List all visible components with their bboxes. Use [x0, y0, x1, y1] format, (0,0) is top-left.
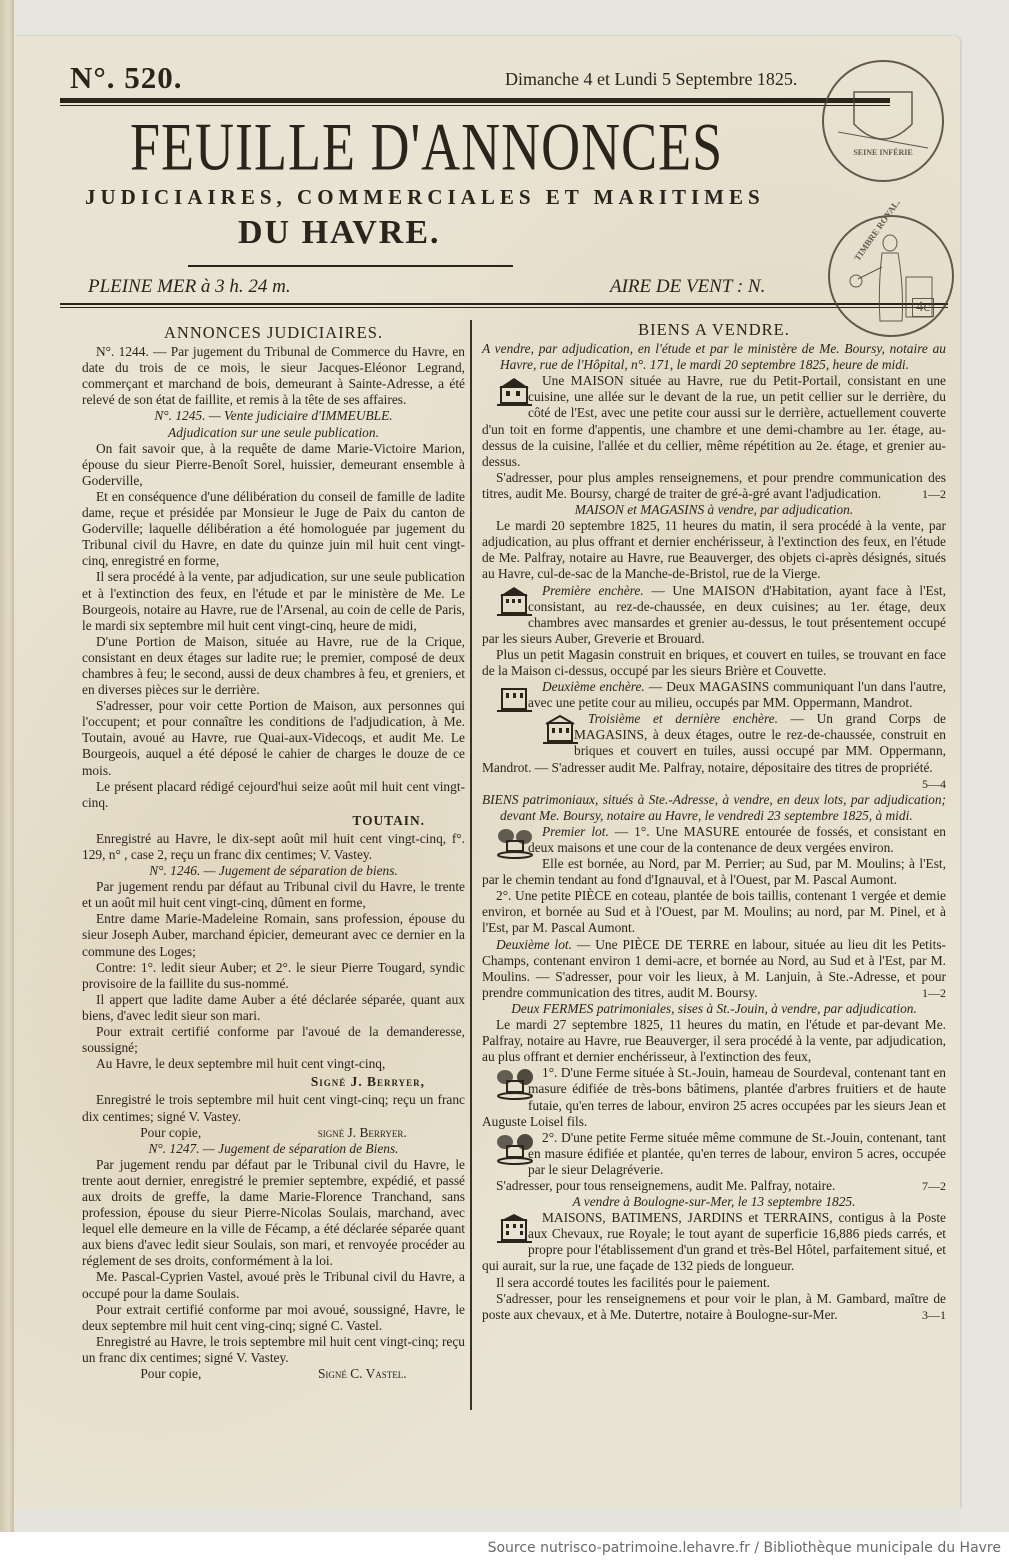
- masthead-rule-thin: [60, 105, 890, 106]
- farm-icon: [482, 826, 520, 860]
- notice-signature: TOUTAIN.: [82, 813, 465, 829]
- section-heading: BIENS A VENDRE.: [482, 322, 946, 338]
- notice-registration: Enregistré au Havre, le dix-sept août mi…: [82, 831, 465, 863]
- wind-info: AIRE DE VENT : N.: [610, 276, 765, 298]
- listing-intro: A vendre, par adjudication, en l'étude e…: [482, 341, 946, 373]
- notice-paragraph: Pour extrait certifié conforme par moi a…: [82, 1302, 465, 1334]
- listing-insertion-count: 1—2: [908, 486, 946, 502]
- listing-paragraph: Une MAISON située au Havre, rue du Petit…: [482, 373, 946, 470]
- house-icon: [482, 585, 520, 619]
- house-icon: [482, 375, 520, 409]
- royal-stamp-icon: TIMBRE ROYAL. 4c: [828, 215, 954, 337]
- notice-paragraph: Par jugement rendu par défaut au Tribuna…: [82, 879, 465, 911]
- listing-boulogne: A vendre à Boulogne-sur-Mer, le 13 septe…: [482, 1194, 946, 1323]
- notice-title: N°. 1245. — Vente judiciaire d'IMMEUBLE.: [82, 408, 465, 424]
- listing-insertion-count: 1—2: [908, 985, 946, 1001]
- notice-paragraph: Il appert que ladite dame Auber a été dé…: [82, 992, 465, 1024]
- notice-paragraph: Entre dame Marie-Madeleine Romain, sans …: [82, 911, 465, 959]
- warehouse-icon: [482, 681, 520, 715]
- notice-paragraph: Par jugement rendu par défaut par le Tri…: [82, 1157, 465, 1270]
- header-rule-thin: [60, 307, 948, 308]
- listing-lot: 2°. Une petite PIÈCE en coteau, plantée …: [482, 888, 946, 936]
- title-rule: [188, 265, 513, 267]
- listing-paragraph: S'adresser, pour plus amples renseigneme…: [482, 470, 946, 502]
- copy-line: Pour copie, Signé C. Vastel.: [82, 1366, 465, 1382]
- listing-lot: MAISONS, BATIMENS, JARDINS et TERRAINS, …: [482, 1210, 946, 1274]
- farm-icon: [482, 1067, 520, 1101]
- listing-intro: MAISON et MAGASINS à vendre, par adjudic…: [482, 502, 946, 518]
- listing-lot: Il sera accordé toutes les facilités pou…: [482, 1275, 946, 1291]
- listing-insertion-count: 5—4: [908, 776, 946, 792]
- hotel-icon: [482, 1212, 520, 1246]
- source-credit: Source nutrisco-patrimoine.lehavre.fr / …: [488, 1540, 1001, 1556]
- notice-paragraph: Contre: 1°. ledit sieur Auber; et 2°. le…: [82, 960, 465, 992]
- listing-insertion-count: 3—1: [908, 1307, 946, 1323]
- listing-lot: S'adresser, pour tous renseignemens, aud…: [482, 1178, 946, 1194]
- notice-registration: Enregistré le trois septembre mil huit c…: [82, 1092, 465, 1124]
- copy-label: Pour copie,: [140, 1366, 201, 1382]
- notice-paragraph: D'une Portion de Maison, située au Havre…: [82, 634, 465, 698]
- listing-lot: Deuxième lot. — Une PIÈCE DE TERRE en la…: [482, 937, 946, 1001]
- newspaper-city: DU HAVRE.: [238, 214, 441, 252]
- notice-title: N°. 1246. — Jugement de séparation de bi…: [82, 863, 465, 879]
- stamp-value: 4c: [912, 298, 934, 317]
- newspaper-title: FEUILLE D'ANNONCES: [130, 108, 723, 186]
- farm-icon: [482, 1132, 520, 1166]
- stamp-text: SEINE INFÉRIE: [824, 148, 942, 157]
- copy-line: Pour copie, signé J. Berryer.: [82, 1125, 465, 1141]
- listing-lot: Plus un petit Magasin construit en briqu…: [482, 647, 946, 679]
- listing-intro: BIENS patrimoniaux, situés à Ste.-Adress…: [482, 792, 946, 824]
- listing-paragraph: Le mardi 27 septembre 1825, 11 heures du…: [482, 1017, 946, 1065]
- notice-paragraph: N°. 1244. — Par jugement du Tribunal de …: [82, 344, 465, 408]
- source-credit-bar: Source nutrisco-patrimoine.lehavre.fr / …: [0, 1532, 1009, 1566]
- notice-1245: N°. 1245. — Vente judiciaire d'IMMEUBLE.…: [82, 408, 465, 863]
- notice-paragraph: Il sera procédé à la vente, par adjudica…: [82, 569, 465, 633]
- masthead-rule: [60, 98, 890, 103]
- listing-boursy-maison: A vendre, par adjudication, en l'étude e…: [482, 341, 946, 502]
- listing-lot: Première enchère. — Une MAISON d'Habitat…: [482, 583, 946, 647]
- column-separator: [470, 320, 472, 1410]
- notice-paragraph: On fait savoir que, à la requête de dame…: [82, 441, 465, 489]
- listing-insertion-count: 7—2: [908, 1178, 946, 1194]
- warehouse-icon: [528, 713, 566, 747]
- header-rule: [60, 303, 948, 305]
- notice-title: N°. 1247. — Jugement de séparation de Bi…: [82, 1141, 465, 1157]
- notice-1244: N°. 1244. — Par jugement du Tribunal de …: [82, 344, 465, 408]
- notice-paragraph: Enregistré au Havre, le trois septembre …: [82, 1334, 465, 1366]
- listing-intro: Deux FERMES patrimoniales, sises à St.-J…: [482, 1001, 946, 1017]
- copy-signature: Signé C. Vastel.: [318, 1366, 407, 1382]
- notice-paragraph: Au Havre, le deux septembre mil huit cen…: [82, 1056, 465, 1072]
- listing-st-jouin-fermes: Deux FERMES patrimoniales, sises à St.-J…: [482, 1001, 946, 1194]
- section-heading: ANNONCES JUDICIAIRES.: [82, 325, 465, 341]
- judicial-announcements-column: ANNONCES JUDICIAIRES. N°. 1244. — Par ju…: [82, 323, 465, 1382]
- notice-1247: N°. 1247. — Jugement de séparation de Bi…: [82, 1141, 465, 1382]
- property-sales-column: BIENS A VENDRE. A vendre, par adjudicati…: [482, 320, 946, 1323]
- notice-paragraph: Le présent placard rédigé cejourd'hui se…: [82, 779, 465, 811]
- notice-signed: Signé J. Berryer,: [82, 1074, 465, 1090]
- listing-intro: A vendre à Boulogne-sur-Mer, le 13 septe…: [482, 1194, 946, 1210]
- binding-spine: [0, 0, 14, 1532]
- newspaper-subtitle: JUDICIAIRES, COMMERCIALES ET MARITIMES: [85, 185, 765, 210]
- issue-date: Dimanche 4 et Lundi 5 Septembre 1825.: [505, 69, 797, 90]
- copy-signature: signé J. Berryer.: [318, 1125, 407, 1141]
- tide-info: PLEINE MER à 3 h. 24 m.: [88, 276, 291, 298]
- listing-lot: Elle est bornée, au Nord, par M. Perrier…: [482, 856, 946, 888]
- notice-1246: N°. 1246. — Jugement de séparation de bi…: [82, 863, 465, 1141]
- notice-paragraph: Et en conséquence d'une délibération du …: [82, 489, 465, 569]
- listing-lot: Troisième et dernière enchère. — Un gran…: [482, 711, 946, 775]
- issue-number: N°. 520.: [70, 60, 183, 96]
- notice-paragraph: Me. Pascal-Cyprien Vastel, avoué près le…: [82, 1269, 465, 1301]
- listing-lot: 1°. D'une Ferme située à St.-Jouin, hame…: [482, 1065, 946, 1129]
- listing-lot: Premier lot. — 1°. Une MASURE entourée d…: [482, 824, 946, 856]
- listing-lot: Deuxième enchère. — Deux MAGASINS commun…: [482, 679, 946, 711]
- extraordinary-stamp-icon: SEINE INFÉRIE: [822, 60, 944, 182]
- page-edge: [14, 1508, 960, 1532]
- notice-paragraph: Pour extrait certifié conforme par l'avo…: [82, 1024, 465, 1056]
- copy-label: Pour copie,: [140, 1125, 201, 1141]
- notice-subtitle: Adjudication sur une seule publication.: [82, 425, 465, 441]
- listing-ste-adresse: BIENS patrimoniaux, situés à Ste.-Adress…: [482, 792, 946, 1001]
- listing-palfray-magasins: MAISON et MAGASINS à vendre, par adjudic…: [482, 502, 946, 776]
- notice-paragraph: S'adresser, pour voir cette Portion de M…: [82, 698, 465, 778]
- listing-lot: S'adresser, pour les renseignemens et po…: [482, 1291, 946, 1323]
- listing-paragraph: Le mardi 20 septembre 1825, 11 heures du…: [482, 518, 946, 582]
- listing-lot: 2°. D'une petite Ferme située même commu…: [482, 1130, 946, 1178]
